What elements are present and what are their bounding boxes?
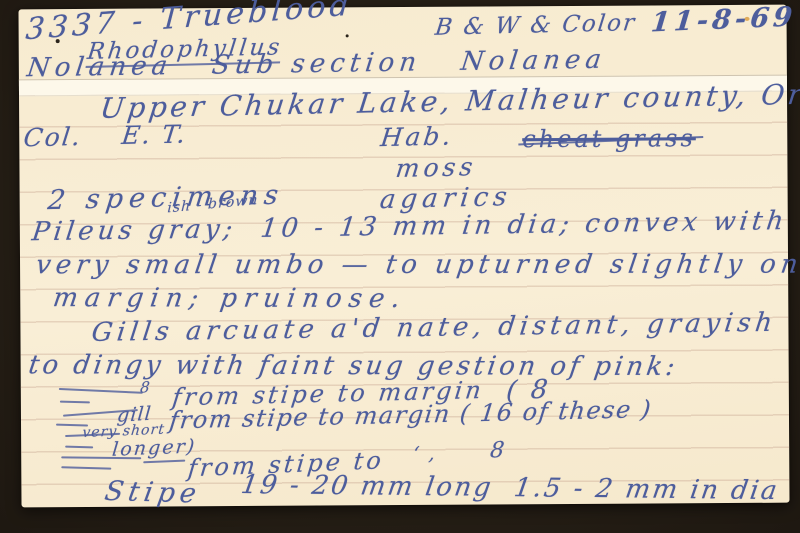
film-type-note: B & W & Color bbox=[434, 12, 638, 40]
habitat-label: Hab. bbox=[379, 123, 455, 150]
gills-description-line2: to dingy with faint sug gestion of pink: bbox=[27, 352, 680, 380]
gill-length-dash bbox=[61, 466, 111, 469]
gill-length-dash bbox=[59, 388, 143, 394]
gill-length-dash bbox=[143, 460, 185, 464]
gill-length-dash bbox=[61, 456, 141, 459]
date: 11-8-69 bbox=[650, 4, 798, 37]
pileus-description-line3: margin; pruinose. bbox=[51, 285, 408, 312]
habitat-moss: moss bbox=[394, 154, 478, 181]
specimen-type: agarics bbox=[379, 184, 514, 213]
index-card: 3337 - Trueblood Rhodophyllus B & W & Co… bbox=[18, 5, 789, 508]
stipe-label: Stipe bbox=[103, 478, 203, 508]
card-speck bbox=[745, 17, 750, 21]
gill-length-dash bbox=[65, 446, 93, 449]
pileus-description-line2: very small umbo — to upturned slightly o… bbox=[34, 252, 800, 279]
gill-length-dash bbox=[56, 424, 88, 427]
card-speck bbox=[56, 39, 60, 43]
photo-background: { "colors":{ "background":"#282118", "ca… bbox=[0, 0, 800, 533]
gill-note4-count: 8 bbox=[489, 440, 505, 463]
stipe-measurements: 19 - 20 mm long 1.5 - 2 mm in dia bbox=[239, 472, 781, 504]
gill-length-dash bbox=[60, 401, 90, 404]
gill-note4-ditto-marks: ‘ , bbox=[412, 445, 439, 464]
collector-line: Col. E. T. bbox=[22, 121, 188, 150]
habitat-crossed-out: cheat grass bbox=[522, 124, 696, 153]
gills-description-line1: Gills arcuate a'd nate, distant, grayish bbox=[90, 310, 778, 346]
card-speck bbox=[346, 34, 349, 37]
